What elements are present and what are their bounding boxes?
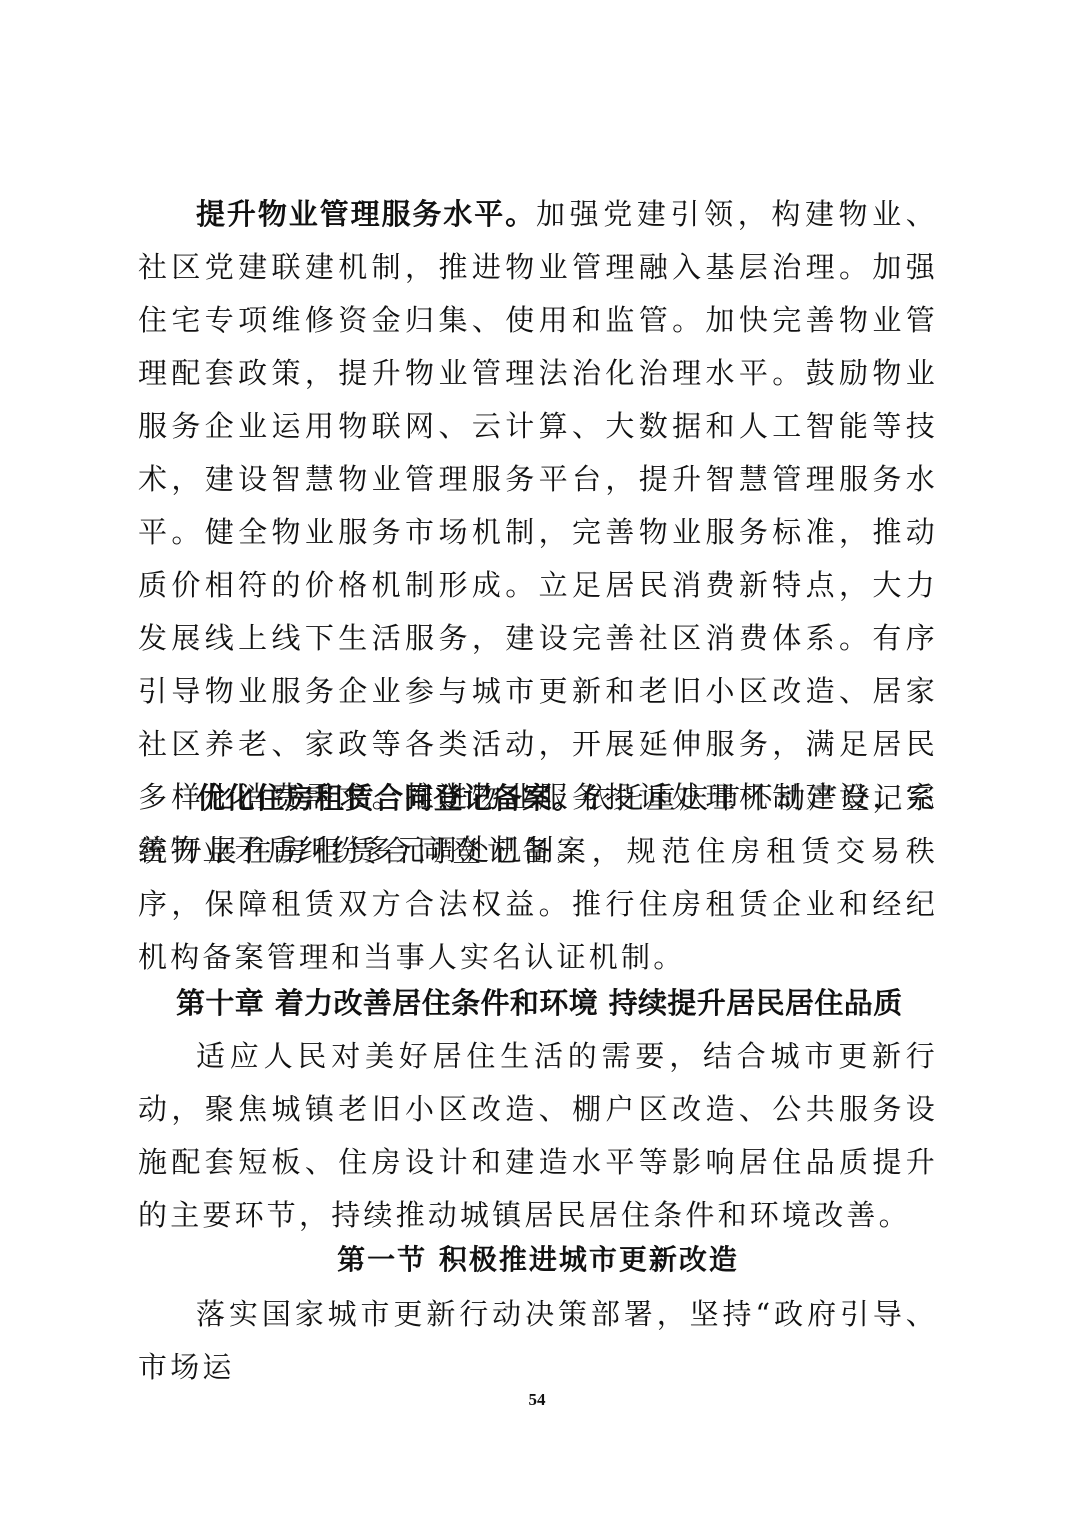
page-number: 54: [0, 1390, 1074, 1410]
section-text: 落实国家城市更新行动决策部署，坚持“政府引导、市场运: [138, 1288, 938, 1394]
paragraph-lead: 提升物业管理服务水平。: [196, 197, 536, 231]
paragraph-text: 加强党建引领，构建物业、社区党建联建机制，推进物业管理融入基层治理。加强住宅专项…: [138, 197, 938, 867]
chapter-intro: 适应人民对美好居住生活的需要，结合城市更新行动，聚焦城镇老旧小区改造、棚户区改造…: [138, 1030, 938, 1242]
chapter-intro-block: 适应人民对美好居住生活的需要，结合城市更新行动，聚焦城镇老旧小区改造、棚户区改造…: [138, 1030, 938, 1242]
rental-registration-block: 优化住房租赁合同登记备案。依托重庆市不动产登记系统开展住房租赁合同登记备案，规范…: [138, 772, 938, 984]
paragraph-rental-registration: 优化住房租赁合同登记备案。依托重庆市不动产登记系统开展住房租赁合同登记备案，规范…: [138, 772, 938, 984]
paragraph-lead: 优化住房租赁合同登记备案。: [196, 781, 582, 815]
chapter-title: 第十章 着力改善居住条件和环境 持续提升居民居住品质: [138, 978, 938, 1028]
section-text-block: 落实国家城市更新行动决策部署，坚持“政府引导、市场运: [138, 1288, 938, 1394]
document-page: 提升物业管理服务水平。加强党建引领，构建物业、社区党建联建机制，推进物业管理融入…: [0, 0, 1074, 1519]
section-title: 第一节 积极推进城市更新改造: [138, 1235, 938, 1285]
